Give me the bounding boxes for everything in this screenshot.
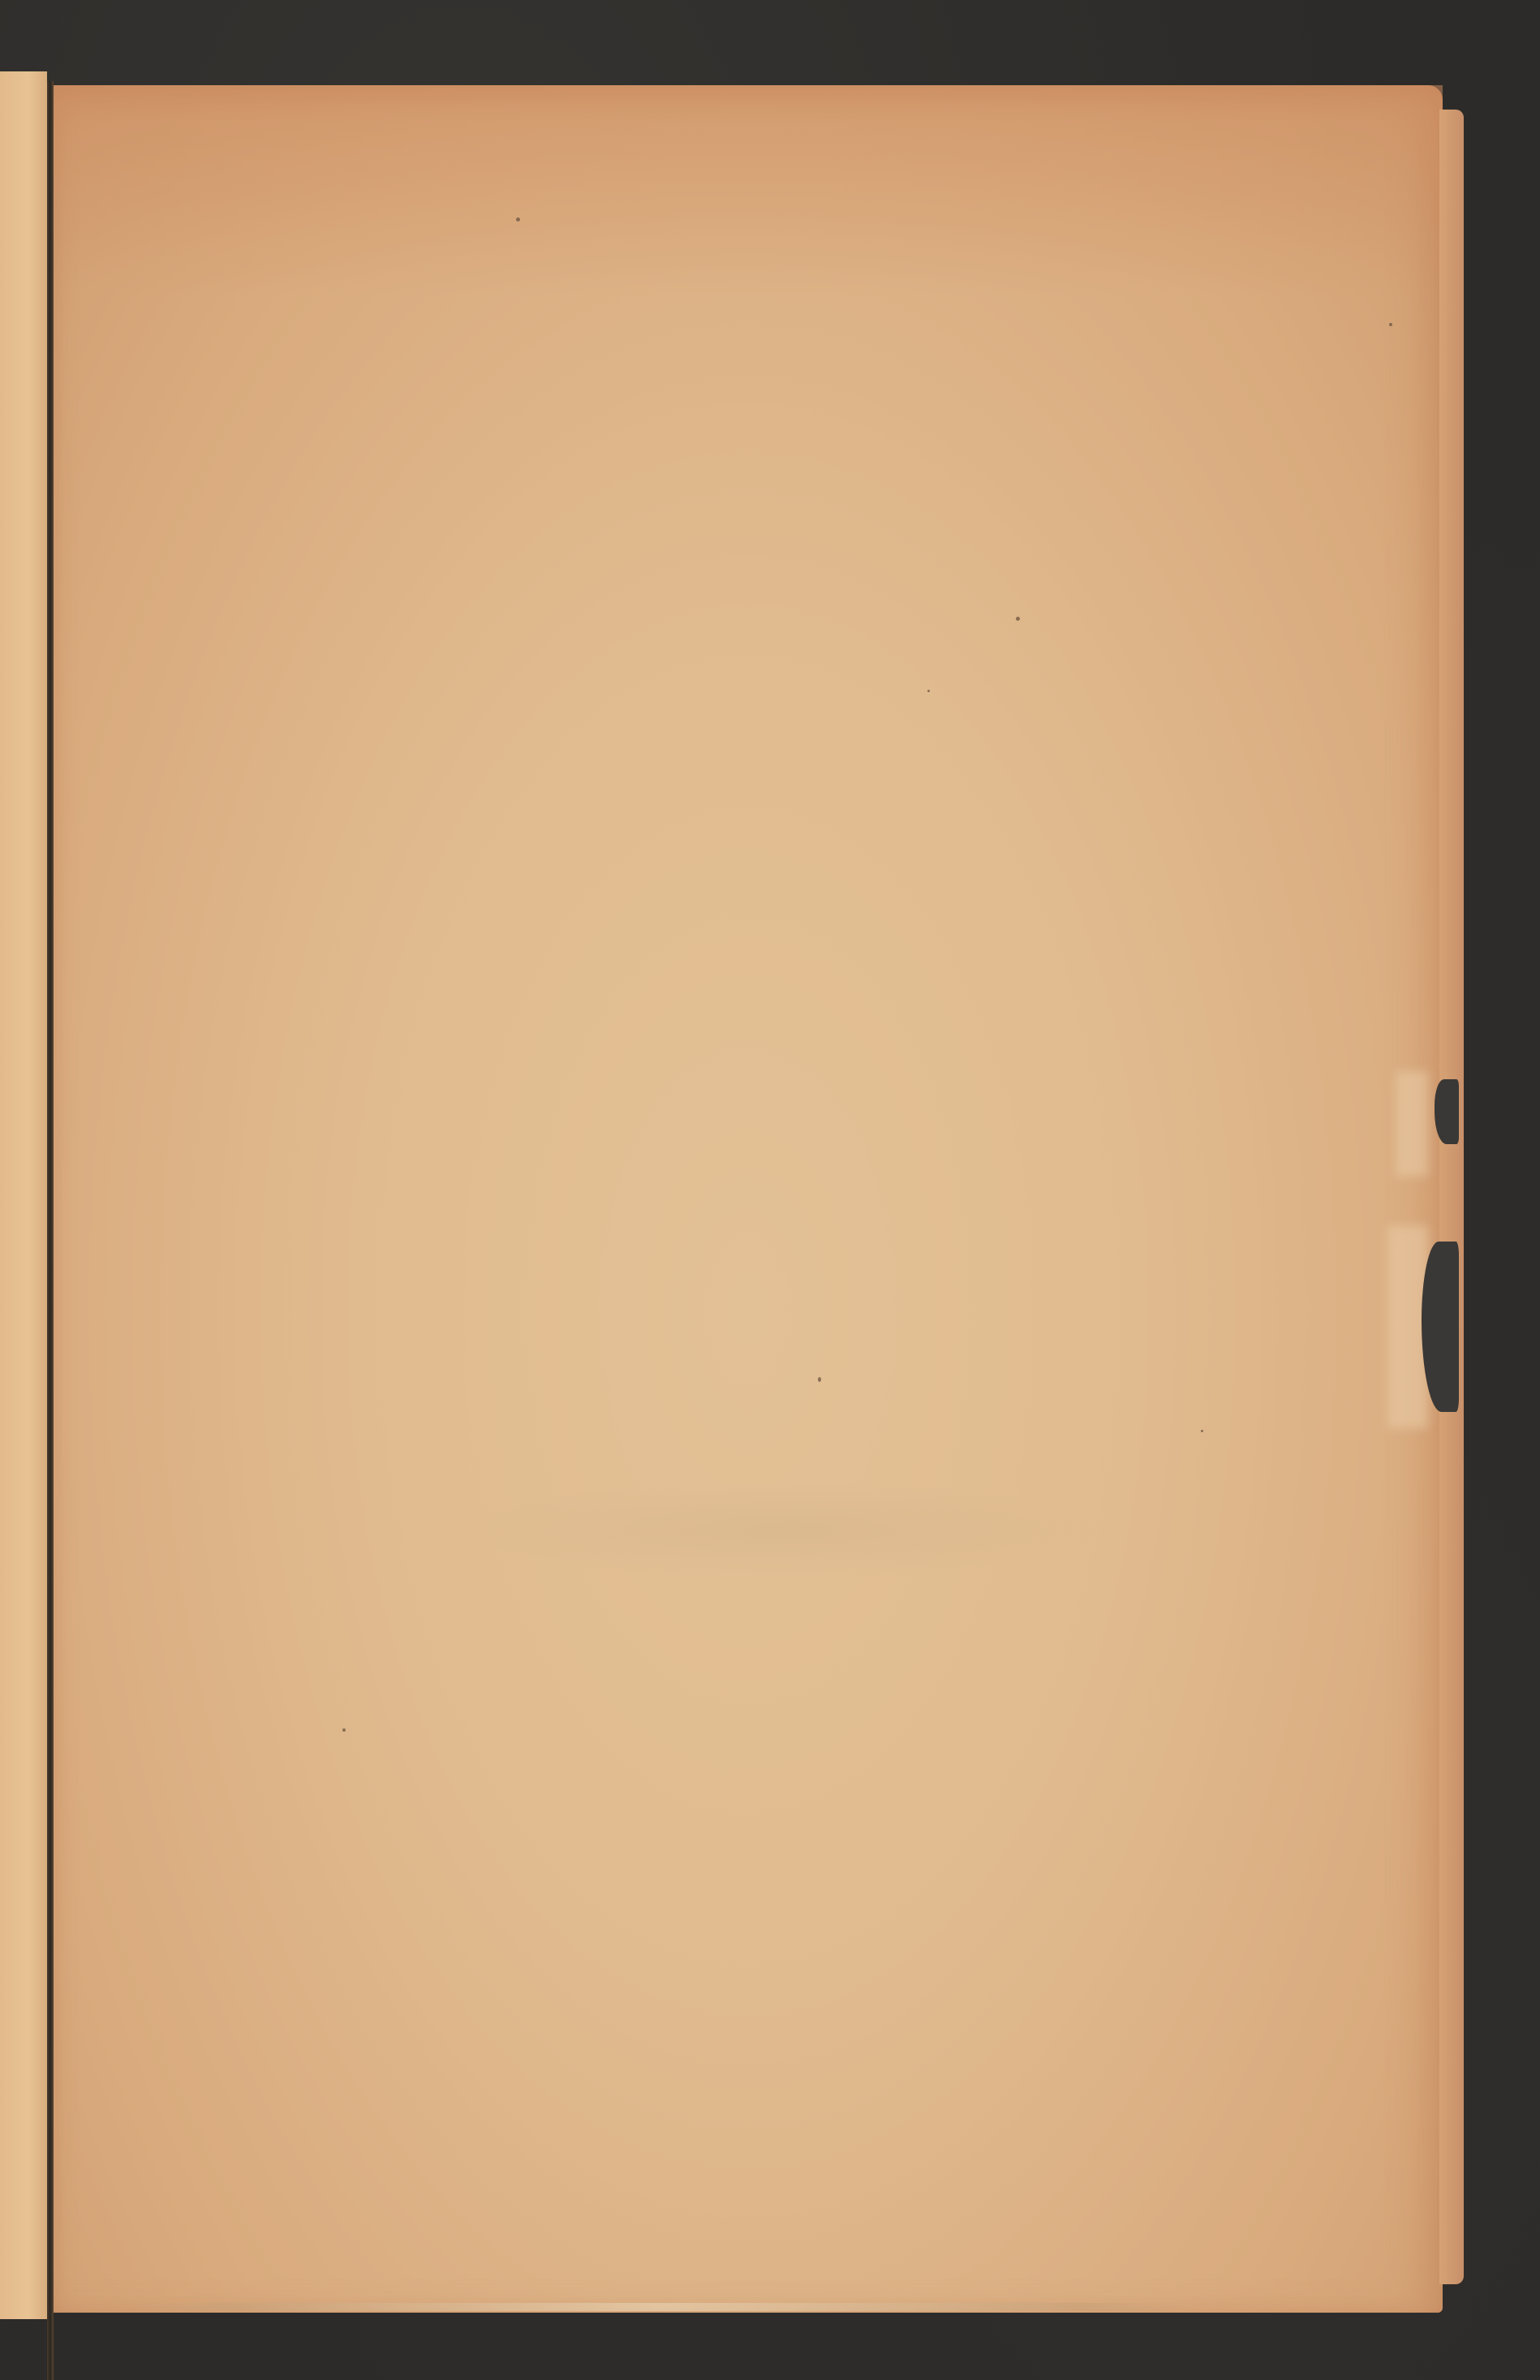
paper-speck (1016, 617, 1020, 621)
book-gutter (47, 81, 54, 2380)
scan-background (0, 0, 1540, 2380)
paper-speck (1201, 1430, 1203, 1432)
facing-page-edge (0, 71, 47, 2319)
page-tear (1422, 1242, 1459, 1412)
page-tear (1435, 1079, 1459, 1144)
page-top-discoloration (54, 85, 1443, 296)
paper-speck (516, 217, 520, 222)
blank-book-page (54, 85, 1443, 2313)
torn-edge-fray (1396, 1071, 1428, 1177)
page-fore-edge (1439, 110, 1464, 2284)
reverse-side-show-through (459, 1481, 1108, 1578)
paper-speck (927, 690, 930, 692)
page-bottom-deckle-edge (130, 2303, 1185, 2311)
paper-speck (1389, 323, 1392, 326)
paper-speck (342, 1728, 346, 1732)
paper-speck (818, 1377, 821, 1382)
